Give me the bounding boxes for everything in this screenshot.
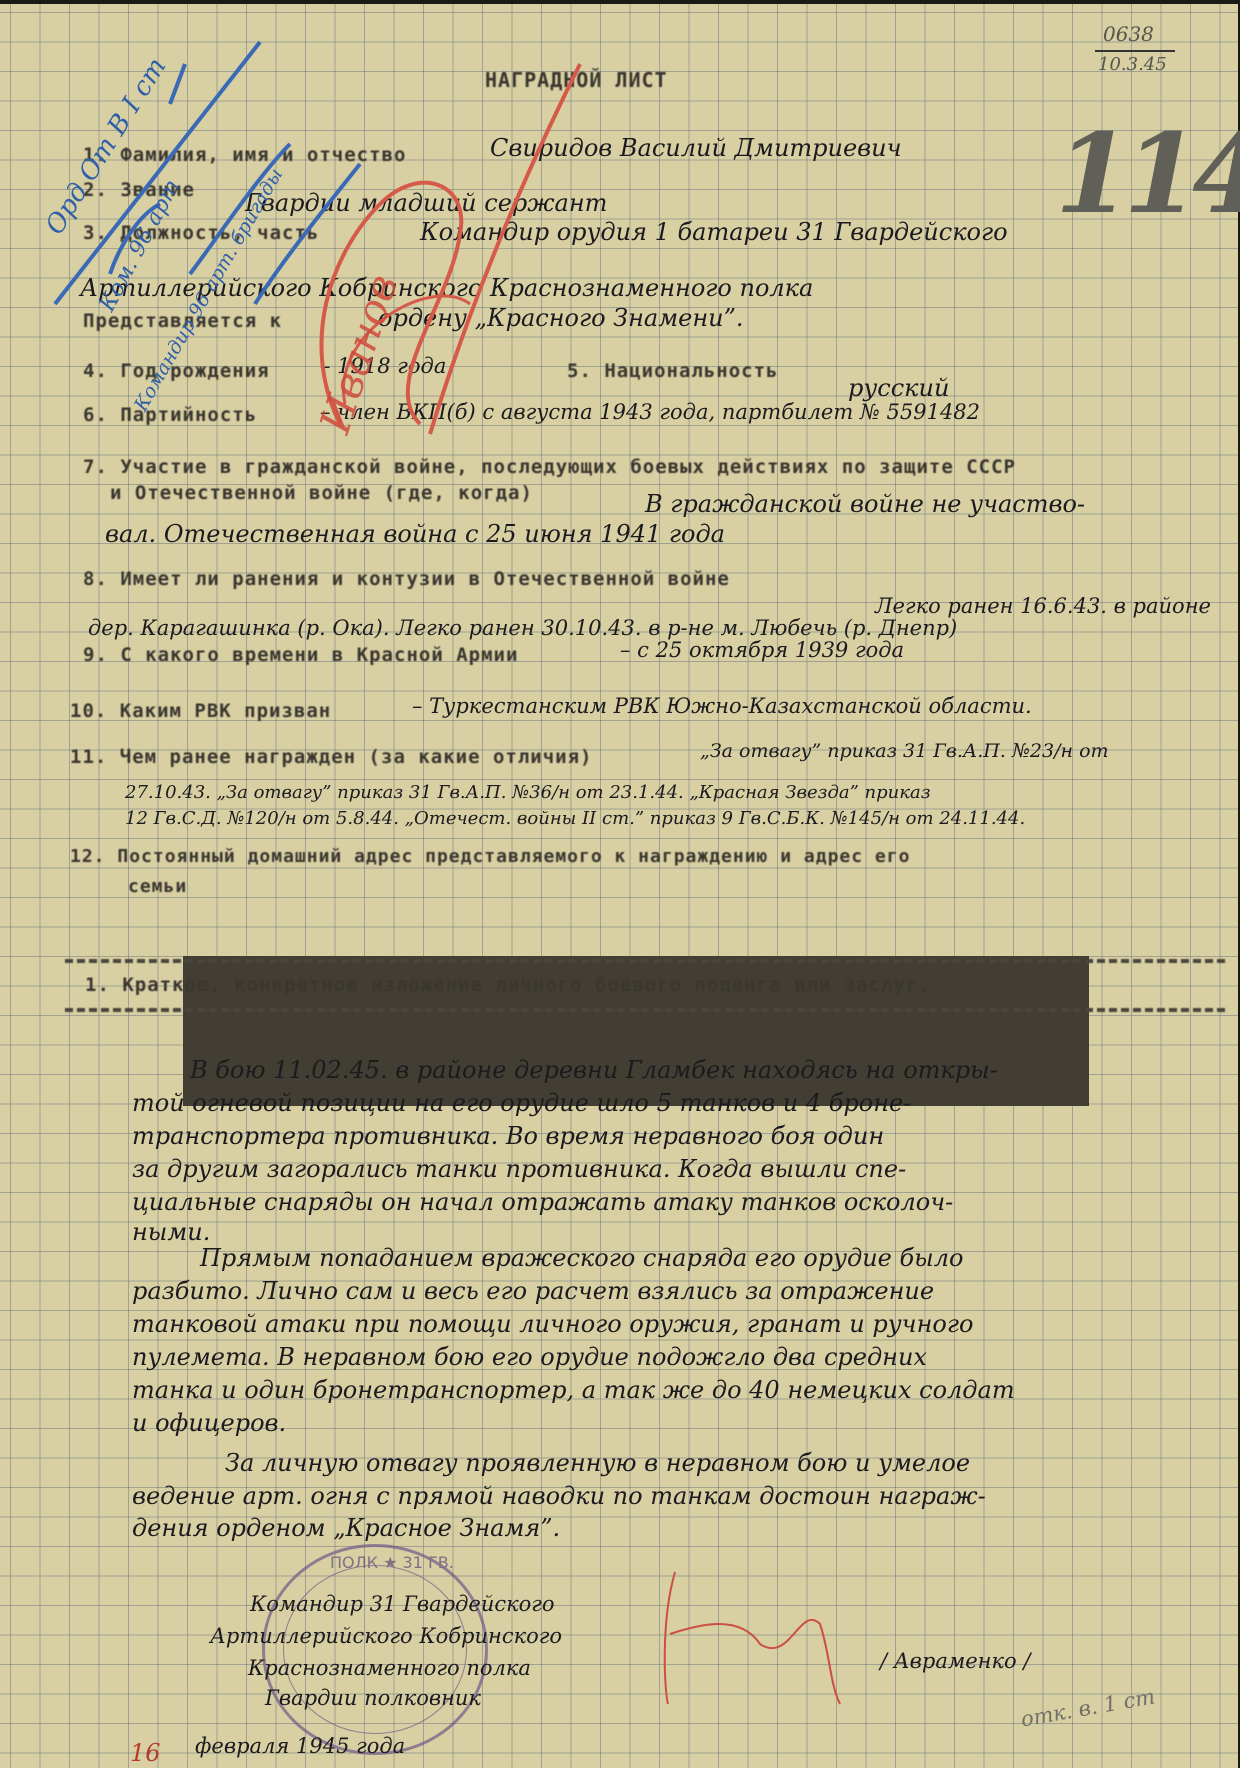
field-7-label-cont: и Отечественной войне (где, когда) [110, 482, 533, 504]
narrative-line: ными. [132, 1218, 210, 1246]
field-12-label-cont: семьи [128, 876, 187, 897]
narrative-line: В бою 11.02.45. в районе деревни Гламбек… [190, 1056, 998, 1084]
narrative-line: танка и один бронетранспортер, а так же … [132, 1376, 1015, 1404]
commander-signature-icon [665, 1572, 840, 1704]
field-2-value: Гвардии младший сержант [245, 189, 607, 217]
narrative-line: той огневой позиции на его орудие шло 5 … [132, 1089, 911, 1117]
award-sheet-page: 0638 10.3.45 1144 НАГРАДНОЙ ЛИСТ 1. Фами… [0, 4, 1238, 1768]
field-1-value: Свиридов Василий Дмитриевич [490, 134, 902, 162]
narrative-line: и офицеров. [132, 1409, 286, 1437]
field-9-label: 9. С какого времени в Красной Армии [83, 644, 518, 666]
archive-number: 0638 [1103, 22, 1154, 46]
pencil-note: отк. в. 1 ст [1019, 1684, 1157, 1731]
signature-line-2: Артиллерийского Кобринского [210, 1624, 562, 1648]
narrative-line: транспортера противника. Во время неравн… [132, 1122, 884, 1150]
archive-date: 10.3.45 [1098, 54, 1167, 75]
commander-name: / Авраменко / [880, 1649, 1030, 1673]
narrative-line: дения орденом „Красное Знамя”. [132, 1514, 560, 1542]
field-11-value-cont: 27.10.43. „За отвагу” приказ 31 Гв.А.П. … [125, 782, 931, 803]
field-3-label: 3. Должность, часть [83, 222, 319, 244]
narrative-line: ведение арт. огня с прямой наводки по та… [132, 1482, 986, 1510]
narrative-line: пулемета. В неравном бою его орудие подо… [132, 1343, 927, 1371]
field-6-label: 6. Партийность [83, 404, 257, 426]
field-3-value: Командир орудия 1 батареи 31 Гвардейског… [420, 218, 1008, 246]
narrative-line: танковой атаки при помощи личного оружия… [132, 1310, 973, 1338]
archive-fraction-line [1095, 50, 1175, 52]
field-11-label: 11. Чем ранее награжден (за какие отличи… [70, 746, 592, 768]
narrative-line: разбито. Лично сам и весь его расчет взя… [132, 1277, 934, 1305]
field-8-label: 8. Имеет ли ранения и контузии в Отечест… [83, 568, 730, 590]
signature-line-1: Командир 31 Гвардейского [250, 1592, 555, 1616]
official-stamp: ПОЛК ★ 31 ГВ. [262, 1544, 488, 1755]
field-1-label: 1. Фамилия, имя и отчество [83, 144, 406, 166]
narrative-line: циальные снаряды он начал отражать атаку… [132, 1188, 953, 1216]
narrative-line: за другим загорались танки противника. К… [132, 1155, 906, 1183]
page-title: НАГРАДНОЙ ЛИСТ [485, 68, 668, 92]
nominated-for-value: ордену „Красного Знамени”. [378, 304, 744, 332]
field-9-value: – с 25 октября 1939 года [620, 638, 904, 662]
section-divider-bottom [65, 1008, 1225, 1016]
date-day: 16 [130, 1739, 161, 1767]
field-7-label: 7. Участие в гражданской войне, последую… [83, 456, 1016, 478]
field-6-value: – член ВКП(б) с августа 1943 года, партб… [320, 400, 980, 424]
section-2-heading: 1. Краткое, конкретное изложение личного… [85, 974, 931, 996]
narrative-line: Прямым попаданием вражеского снаряда его… [200, 1244, 963, 1272]
field-12-label: 12. Постоянный домашний адрес представля… [70, 846, 910, 867]
field-11-value-cont2: 12 Гв.С.Д. №120/н от 5.8.44. „Отечест. в… [125, 808, 1025, 829]
field-7-value-cont: вал. Отечественная война с 25 июня 1941 … [105, 520, 725, 548]
field-10-value: – Туркестанским РВК Южно-Казахстанской о… [412, 694, 1032, 718]
narrative-line: За личную отвагу проявленную в неравном … [225, 1449, 970, 1477]
field-7-value: В гражданской войне не участво- [645, 490, 1085, 518]
section-divider-top [65, 959, 1225, 967]
date-rest: февраля 1945 года [195, 1734, 405, 1758]
field-5-label: 5. Национальность [567, 360, 779, 382]
stamp-text: ПОЛК ★ 31 ГВ. [330, 1553, 454, 1572]
signature-line-4: Гвардии полковник [265, 1686, 481, 1710]
pencil-number: 1144 [1055, 109, 1240, 238]
field-8-value-cont: дер. Карагашинка (р. Ока). Легко ранен 3… [88, 616, 957, 640]
signature-line-3: Краснознаменного полка [248, 1656, 531, 1680]
field-10-label: 10. Каким РВК призван [70, 700, 331, 722]
field-5-value: русский [848, 374, 949, 402]
field-8-value: Легко ранен 16.6.43. в районе [875, 594, 1211, 618]
field-11-value: „За отвагу” приказ 31 Гв.А.П. №23/н от [700, 740, 1109, 762]
